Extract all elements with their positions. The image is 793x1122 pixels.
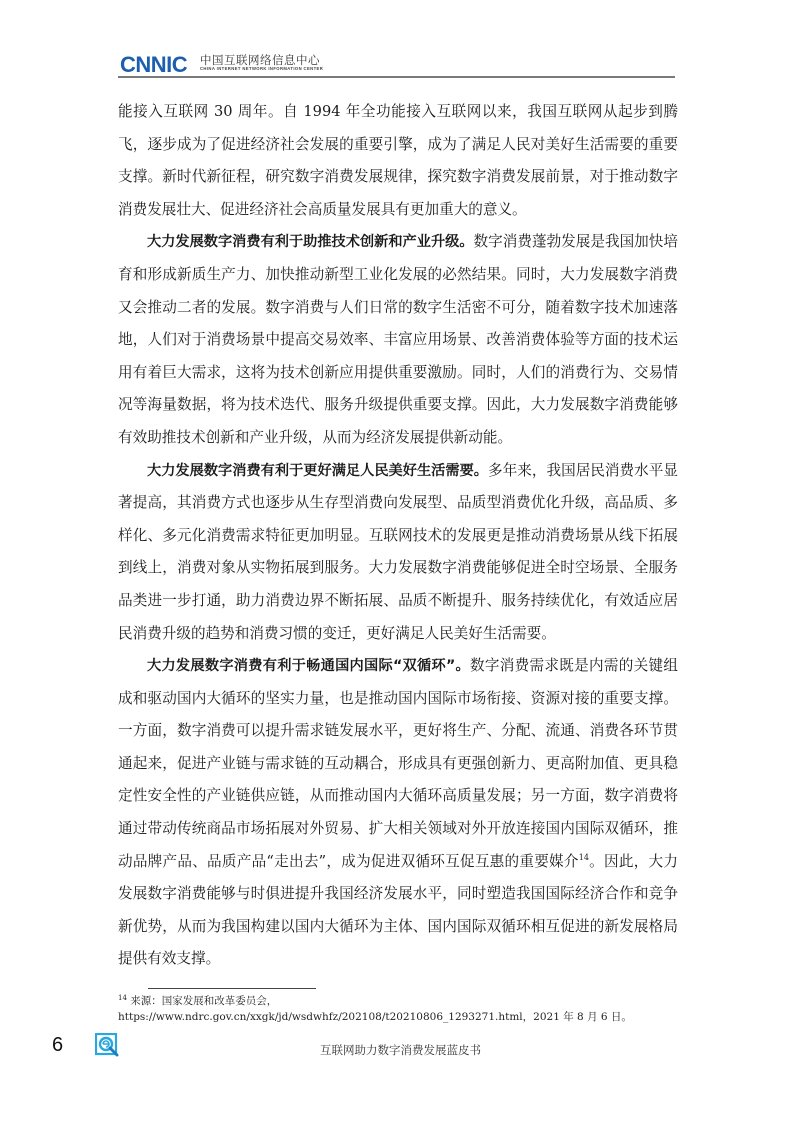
header-divider [118, 76, 675, 78]
paragraph-intro: 能接入互联网 30 周年。自 1994 年全功能接入互联网以来，我国互联网从起步… [118, 96, 678, 226]
paragraph-lead: 大力发展数字消费有利于畅通国内国际“双循环”。 [147, 658, 470, 674]
paragraph-lead: 大力发展数字消费有利于更好满足人民美好生活需要。 [147, 463, 488, 479]
cnnic-logo: CNNIC [120, 55, 187, 75]
org-name-en: CHINA INTERNET NETWORK INFORMATION CENTE… [200, 66, 323, 71]
paragraph-tech-innovation: 大力发展数字消费有利于助推技术创新和产业升级。数字消费蓬勃发展是我国加快培育和形… [118, 226, 678, 454]
body-text: 能接入互联网 30 周年。自 1994 年全功能接入互联网以来，我国互联网从起步… [118, 96, 678, 976]
footnote-text: 来源：国家发展和改革委员会，https://www.ndrc.gov.cn/xx… [118, 995, 632, 1023]
paragraph-dual-circulation: 大力发展数字消费有利于畅通国内国际“双循环”。数字消费需求既是内需的关键组成和驱… [118, 650, 678, 976]
page-header: CNNIC 中国互联网络信息中心 CHINA INTERNET NETWORK … [118, 50, 675, 78]
paragraph-text: 多年来，我国居民消费水平显著提高，其消费方式也逐步从生存型消费向发展型、品质型消… [118, 462, 678, 642]
paragraph-text: 数字消费蓬勃发展是我国加快培育和形成新质生产力、加快推动新型工业化发展的必然结果… [118, 233, 678, 446]
magnifier-e-icon [95, 1033, 119, 1057]
footnote-number: 14 [118, 994, 127, 1002]
page-number: 6 [52, 1034, 63, 1057]
paragraph-lead: 大力发展数字消费有利于助推技术创新和产业升级。 [147, 234, 474, 250]
footnote-divider [148, 988, 316, 989]
book-title: 互联网助力数字消费发展蓝皮书 [320, 1042, 481, 1058]
footnote-ref-link[interactable]: 14 [579, 853, 589, 862]
footnote: 14 来源：国家发展和改革委员会，https://www.ndrc.gov.cn… [118, 993, 688, 1025]
paragraph-text: 数字消费需求既是内需的关键组成和驱动国内大循环的坚实力量，也是推动国内国际市场衔… [118, 657, 678, 870]
paragraph-text: 能接入互联网 30 周年。自 1994 年全功能接入互联网以来，我国互联网从起步… [118, 103, 678, 218]
paragraph-better-life: 大力发展数字消费有利于更好满足人民美好生活需要。多年来，我国居民消费水平显著提高… [118, 455, 678, 651]
